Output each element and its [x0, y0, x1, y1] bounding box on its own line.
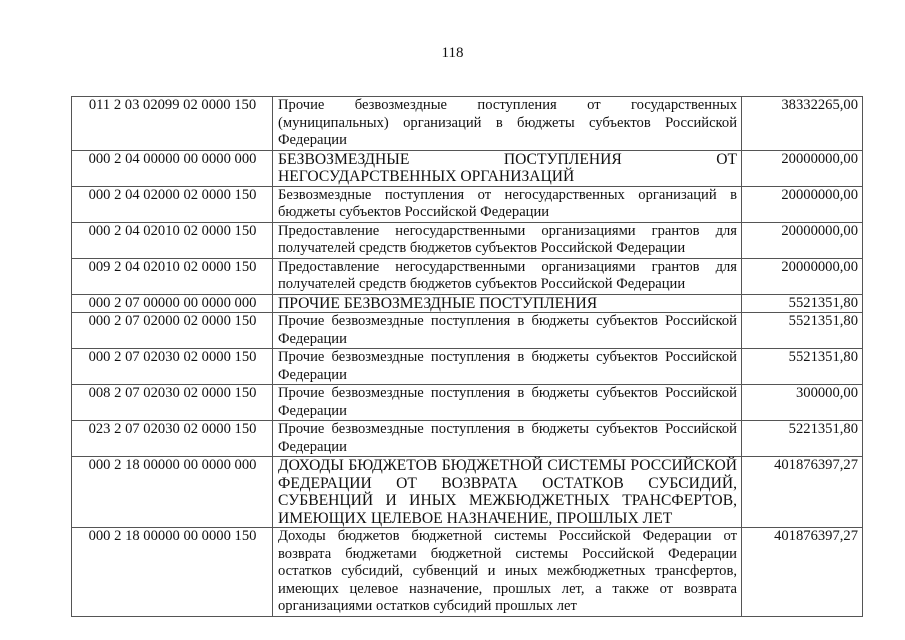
amount: 401876397,27 — [742, 457, 863, 528]
amount: 38332265,00 — [742, 97, 863, 151]
table-row: 011 2 03 02099 02 0000 150 Прочие безвоз… — [72, 97, 863, 151]
revenue-name: Безвозмездные поступления от негосударст… — [273, 186, 742, 222]
amount: 300000,00 — [742, 385, 863, 421]
table-row: 000 2 04 00000 00 0000 000 БЕЗВОЗМЕЗДНЫЕ… — [72, 150, 863, 186]
table-row: 000 2 07 00000 00 0000 000 ПРОЧИЕ БЕЗВОЗ… — [72, 294, 863, 313]
budget-classification-code: 008 2 07 02030 02 0000 150 — [72, 385, 273, 421]
budget-classification-code: 023 2 07 02030 02 0000 150 — [72, 421, 273, 457]
revenue-name: Прочие безвозмездные поступления в бюдже… — [273, 349, 742, 385]
budget-classification-code: 000 2 04 00000 00 0000 000 — [72, 150, 273, 186]
revenue-name: Прочие безвозмездные поступления в бюдже… — [273, 385, 742, 421]
budget-classification-code: 009 2 04 02010 02 0000 150 — [72, 258, 273, 294]
amount: 20000000,00 — [742, 186, 863, 222]
budget-classification-code: 000 2 04 02000 02 0000 150 — [72, 186, 273, 222]
budget-classification-code: 000 2 04 02010 02 0000 150 — [72, 222, 273, 258]
amount: 20000000,00 — [742, 222, 863, 258]
amount: 5521351,80 — [742, 294, 863, 313]
revenue-name: Прочие безвозмездные поступления от госу… — [273, 97, 742, 151]
table-row: 009 2 04 02010 02 0000 150 Предоставлени… — [72, 258, 863, 294]
page-number: 118 — [0, 45, 905, 62]
revenue-name: ДОХОДЫ БЮДЖЕТОВ БЮДЖЕТНОЙ СИСТЕМЫ РОССИЙ… — [273, 457, 742, 528]
amount: 5521351,80 — [742, 349, 863, 385]
amount: 20000000,00 — [742, 150, 863, 186]
revenue-name: Прочие безвозмездные поступления в бюдже… — [273, 421, 742, 457]
budget-classification-code: 000 2 18 00000 00 0000 150 — [72, 528, 273, 617]
revenue-table: 011 2 03 02099 02 0000 150 Прочие безвоз… — [71, 96, 863, 617]
table-row: 000 2 18 00000 00 0000 150 Доходы бюджет… — [72, 528, 863, 617]
revenue-name: Предоставление негосударственными органи… — [273, 222, 742, 258]
amount: 401876397,27 — [742, 528, 863, 617]
revenue-name: ПРОЧИЕ БЕЗВОЗМЕЗДНЫЕ ПОСТУПЛЕНИЯ — [273, 294, 742, 313]
amount: 5521351,80 — [742, 313, 863, 349]
table-row: 008 2 07 02030 02 0000 150 Прочие безвоз… — [72, 385, 863, 421]
table-row: 000 2 04 02000 02 0000 150 Безвозмездные… — [72, 186, 863, 222]
table-row: 000 2 07 02030 02 0000 150 Прочие безвоз… — [72, 349, 863, 385]
revenue-name: БЕЗВОЗМЕЗДНЫЕ ПОСТУПЛЕНИЯ ОТ НЕГОСУДАРСТ… — [273, 150, 742, 186]
revenue-table-body: 011 2 03 02099 02 0000 150 Прочие безвоз… — [72, 97, 863, 617]
revenue-name: Доходы бюджетов бюджетной системы Россий… — [273, 528, 742, 617]
table-row: 000 2 18 00000 00 0000 000 ДОХОДЫ БЮДЖЕТ… — [72, 457, 863, 528]
budget-classification-code: 000 2 07 02000 02 0000 150 — [72, 313, 273, 349]
table-row: 000 2 07 02000 02 0000 150 Прочие безвоз… — [72, 313, 863, 349]
table-row: 000 2 04 02010 02 0000 150 Предоставлени… — [72, 222, 863, 258]
budget-classification-code: 000 2 07 00000 00 0000 000 — [72, 294, 273, 313]
budget-classification-code: 011 2 03 02099 02 0000 150 — [72, 97, 273, 151]
budget-classification-code: 000 2 07 02030 02 0000 150 — [72, 349, 273, 385]
amount: 20000000,00 — [742, 258, 863, 294]
revenue-name: Прочие безвозмездные поступления в бюдже… — [273, 313, 742, 349]
budget-classification-code: 000 2 18 00000 00 0000 000 — [72, 457, 273, 528]
table-row: 023 2 07 02030 02 0000 150 Прочие безвоз… — [72, 421, 863, 457]
revenue-name: Предоставление негосударственными органи… — [273, 258, 742, 294]
amount: 5221351,80 — [742, 421, 863, 457]
